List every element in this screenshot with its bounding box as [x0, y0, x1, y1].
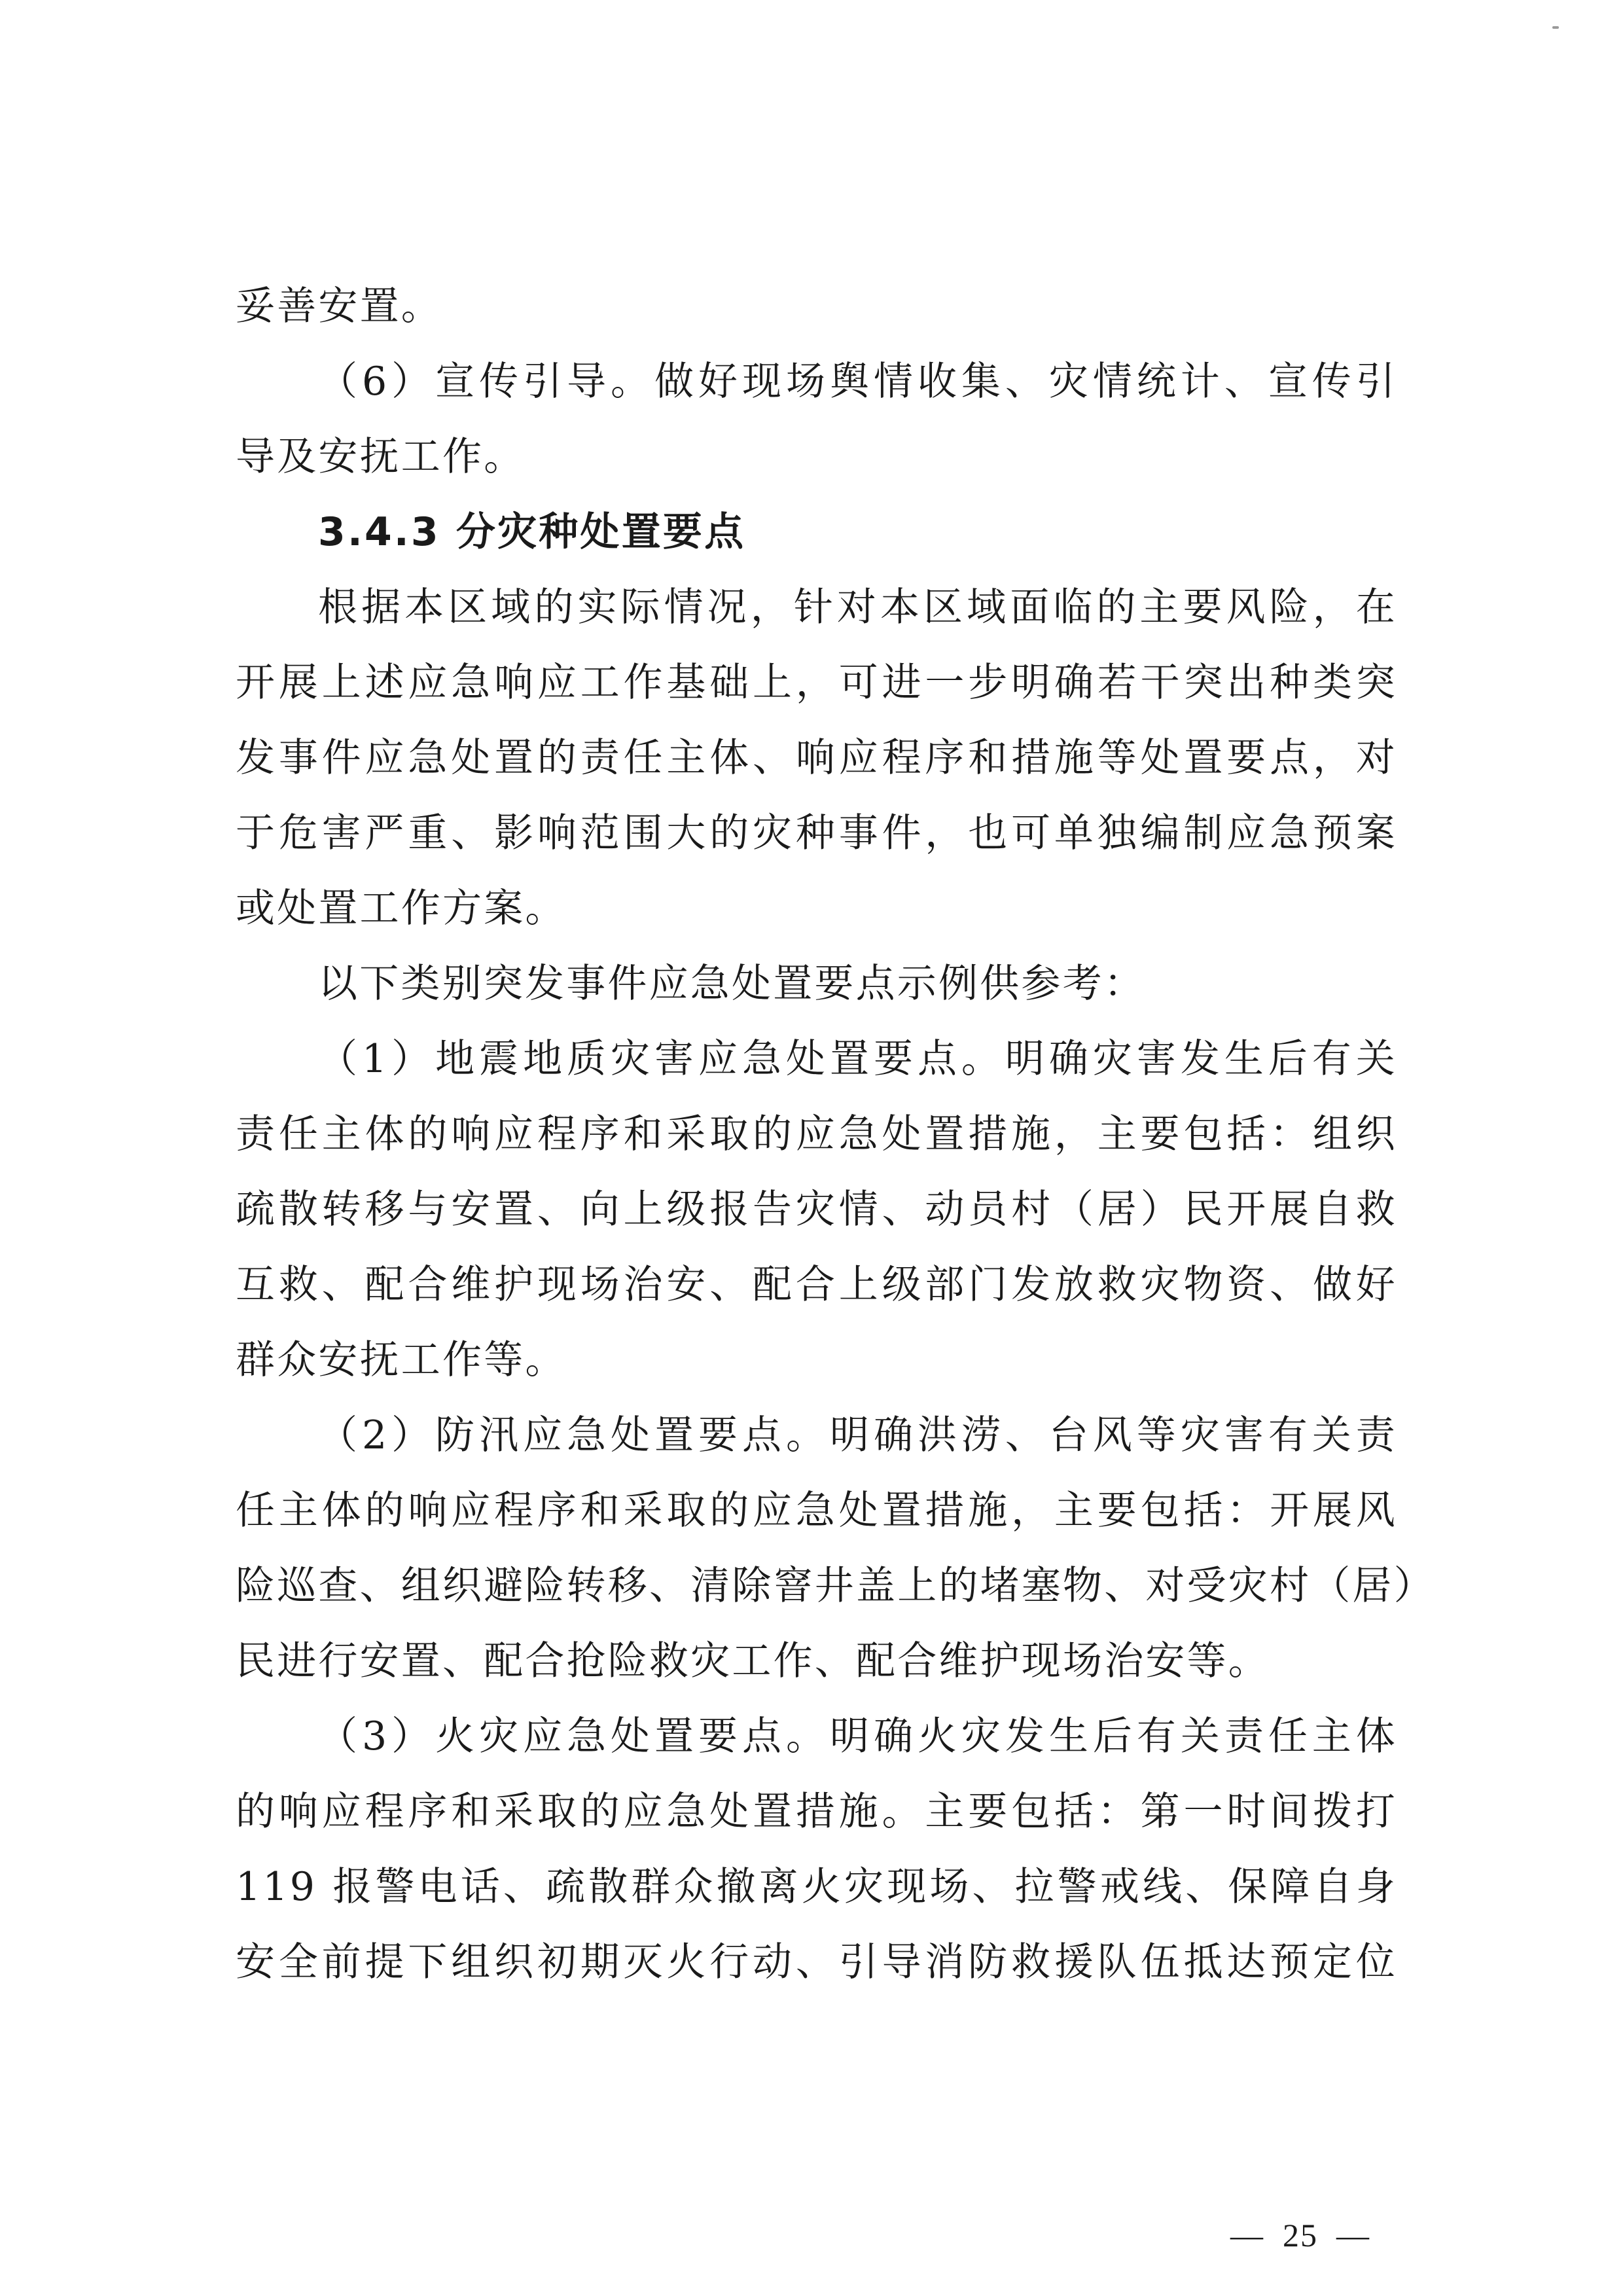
text-line: 导及安抚工作。	[236, 431, 525, 483]
text-line: 发事件应急处置的责任主体、响应程序和措施等处置要点，对	[236, 732, 1397, 784]
text-line: 于危害严重、影响范围大的灾种事件，也可单独编制应急预案	[236, 807, 1397, 859]
text-line: （6）宣传引导。做好现场舆情收集、灾情统计、宣传引	[318, 355, 1397, 408]
text-line: 任主体的响应程序和采取的应急处置措施，主要包括：开展风	[236, 1484, 1397, 1537]
text-line: 的响应程序和采取的应急处置措施。主要包括：第一时间拨打	[236, 1785, 1397, 1838]
page-number: —25—	[1230, 2212, 1370, 2258]
text-line: （1）地震地质灾害应急处置要点。明确灾害发生后有关	[318, 1033, 1397, 1085]
text-line: 险巡查、组织避险转移、清除窨井盖上的堵塞物、对受灾村（居）	[236, 1560, 1397, 1612]
scan-artifact-mark	[1552, 26, 1559, 29]
section-heading: 3.4.3 分灾种处置要点	[318, 506, 745, 558]
text-line: （3）火灾应急处置要点。明确火灾发生后有关责任主体	[318, 1710, 1397, 1763]
page-number-right-dash: —	[1336, 2212, 1370, 2258]
text-line: 妥善安置。	[236, 280, 442, 332]
text-line: 群众安抚工作等。	[236, 1334, 567, 1386]
text-line: 开展上述应急响应工作基础上，可进一步明确若干突出种类突	[236, 656, 1397, 709]
text-line: （2）防汛应急处置要点。明确洪涝、台风等灾害有关责	[318, 1409, 1397, 1462]
text-line: 119 报警电话、疏散群众撤离火灾现场、拉警戒线、保障自身	[236, 1861, 1397, 1913]
text-line: 以下类别突发事件应急处置要点示例供参考：	[318, 958, 1145, 1010]
text-line: 民进行安置、配合抢险救灾工作、配合维护现场治安等。	[236, 1635, 1270, 1687]
text-line: 或处置工作方案。	[236, 882, 567, 935]
text-line: 疏散转移与安置、向上级报告灾情、动员村（居）民开展自救	[236, 1183, 1397, 1236]
text-line: 互救、配合维护现场治安、配合上级部门发放救灾物资、做好	[236, 1259, 1397, 1311]
text-line: 根据本区域的实际情况，针对本区域面临的主要风险，在	[318, 581, 1397, 634]
page-number-value: 25	[1264, 2212, 1336, 2258]
text-line: 安全前提下组织初期灭火行动、引导消防救援队伍抵达预定位	[236, 1936, 1397, 1988]
text-line: 责任主体的响应程序和采取的应急处置措施，主要包括：组织	[236, 1108, 1397, 1160]
page-number-left-dash: —	[1230, 2212, 1264, 2258]
